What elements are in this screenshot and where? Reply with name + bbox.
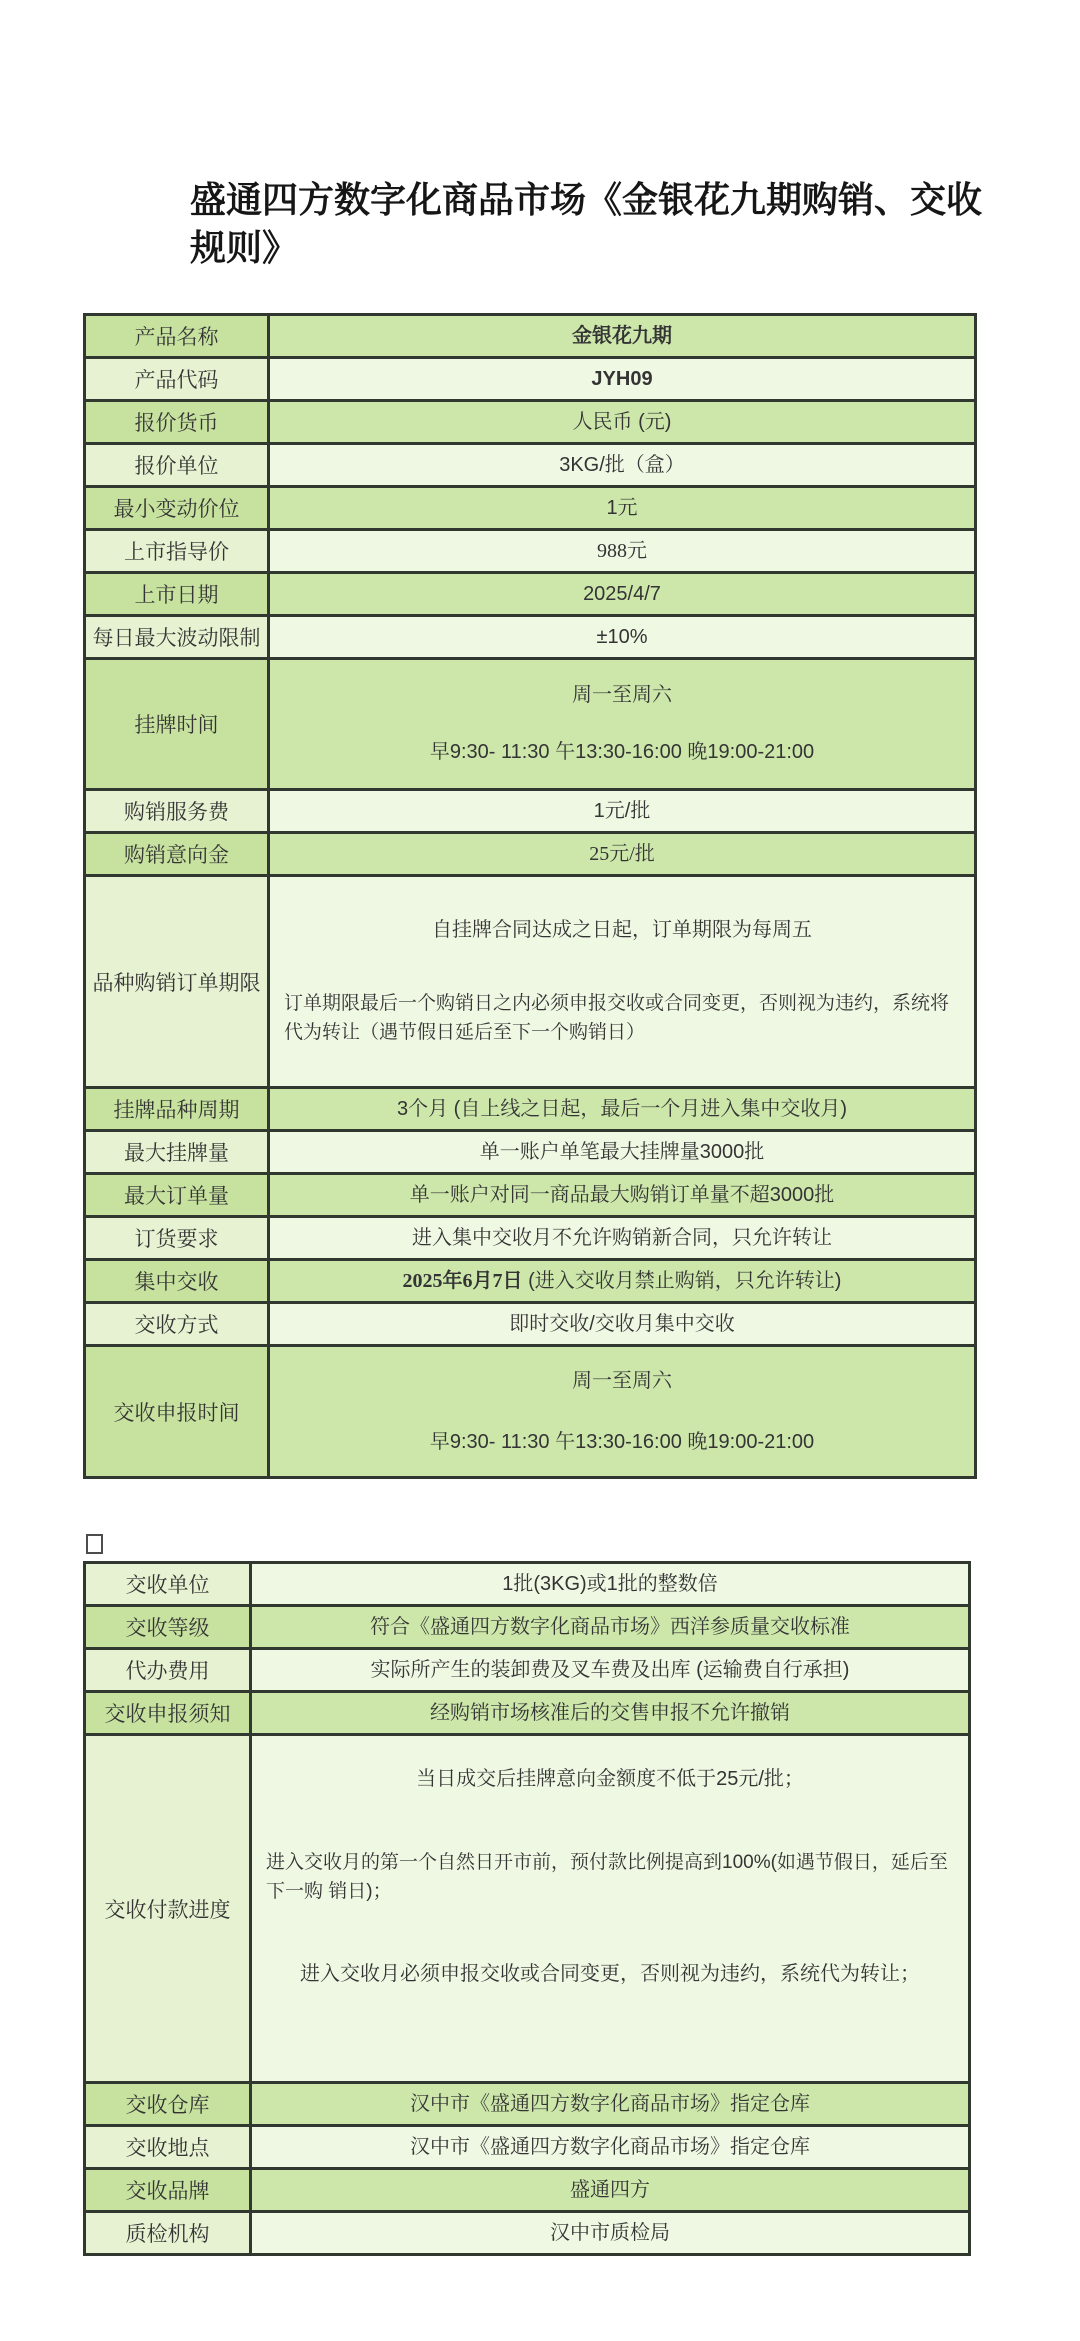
table-row: 交收方式即时交收/交收月集中交收: [86, 1301, 974, 1344]
row-label: 最大订单量: [86, 1175, 270, 1215]
row-value: 符合《盛通四方数字化商品市场》西洋参质量交收标准: [252, 1607, 968, 1647]
row-label: 交收地点: [86, 2127, 252, 2167]
row-value: 汉中市《盛通四方数字化商品市场》指定仓库: [252, 2084, 968, 2124]
value-paragraph: 1元/批: [284, 798, 960, 825]
table-row: 质检机构汉中市质检局: [86, 2210, 968, 2253]
value-paragraph: JYH09: [284, 366, 960, 393]
table-row: 交收仓库汉中市《盛通四方数字化商品市场》指定仓库: [86, 2081, 968, 2124]
table-row: 交收单位1批(3KG)或1批的整数倍: [86, 1564, 968, 1604]
row-value: 金银花九期: [270, 316, 974, 356]
value-paragraph: 单一账户对同一商品最大购销订单量不超3000批: [284, 1182, 960, 1209]
row-value: 2025年6月7日 (进入交收月禁止购销，只允许转让): [270, 1261, 974, 1301]
row-label: 每日最大波动限制: [86, 617, 270, 657]
row-value: 盛通四方: [252, 2170, 968, 2210]
row-label: 报价货币: [86, 402, 270, 442]
value-paragraph: 2025/4/7: [284, 581, 960, 608]
table-row: 交收等级符合《盛通四方数字化商品市场》西洋参质量交收标准: [86, 1604, 968, 1647]
row-label: 上市指导价: [86, 531, 270, 571]
value-paragraph: 早9:30- 11:30 午13:30-16:00 晚19:00-21:00: [284, 739, 960, 766]
row-label: 购销服务费: [86, 791, 270, 831]
document-page: 盛通四方数字化商品市场《金银花九期购销、交收规则》 产品名称金银花九期产品代码J…: [0, 0, 1080, 2341]
value-paragraph: 周一至周六: [284, 1368, 960, 1395]
row-label: 交收单位: [86, 1564, 252, 1604]
value-paragraph: 符合《盛通四方数字化商品市场》西洋参质量交收标准: [266, 1614, 954, 1641]
row-value: 进入集中交收月不允许购销新合同，只允许转让: [270, 1218, 974, 1258]
table-row: 交收品牌盛通四方: [86, 2167, 968, 2210]
product-info-table: 产品名称金银花九期产品代码JYH09报价货币人民币 (元)报价单位3KG/批（盒…: [83, 313, 977, 1479]
row-value: 25元/批: [270, 834, 974, 874]
value-paragraph: 经购销市场核准后的交售申报不允许撤销: [266, 1700, 954, 1727]
row-value: 周一至周六早9:30- 11:30 午13:30-16:00 晚19:00-21…: [270, 1347, 974, 1476]
value-paragraph: 3KG/批（盒）: [284, 452, 960, 479]
document-title: 盛通四方数字化商品市场《金银花九期购销、交收规则》: [190, 176, 1002, 272]
table-row: 交收付款进度当日成交后挂牌意向金额度不低于25元/批；进入交收月的第一个自然日开…: [86, 1733, 968, 2081]
table-row: 购销意向金25元/批: [86, 831, 974, 874]
row-label: 挂牌品种周期: [86, 1089, 270, 1129]
value-paragraph: 3个月 (自上线之日起，最后一个月进入集中交收月): [284, 1096, 960, 1123]
row-value: 当日成交后挂牌意向金额度不低于25元/批；进入交收月的第一个自然日开市前，预付款…: [252, 1736, 968, 2081]
table-row: 最大订单量单一账户对同一商品最大购销订单量不超3000批: [86, 1172, 974, 1215]
table-row: 购销服务费1元/批: [86, 788, 974, 831]
row-label: 交收等级: [86, 1607, 252, 1647]
value-paragraph: 25元/批: [284, 841, 960, 868]
row-label: 交收申报须知: [86, 1693, 252, 1733]
row-value: 1元/批: [270, 791, 974, 831]
row-label: 最小变动价位: [86, 488, 270, 528]
table-row: 最小变动价位1元: [86, 485, 974, 528]
table-row: 品种购销订单期限自挂牌合同达成之日起，订单期限为每周五订单期限最后一个购销日之内…: [86, 874, 974, 1086]
value-paragraph: 盛通四方: [266, 2177, 954, 2204]
row-label: 交收品牌: [86, 2170, 252, 2210]
row-value: 汉中市质检局: [252, 2213, 968, 2253]
row-label: 交收付款进度: [86, 1736, 252, 2081]
table-row: 上市日期2025/4/7: [86, 571, 974, 614]
row-value: ±10%: [270, 617, 974, 657]
table-row: 交收申报须知经购销市场核准后的交售申报不允许撤销: [86, 1690, 968, 1733]
value-paragraph: 实际所产生的装卸费及叉车费及出库 (运输费自行承担): [266, 1657, 954, 1684]
value-paragraph: 当日成交后挂牌意向金额度不低于25元/批；: [266, 1766, 954, 1793]
row-value: 2025/4/7: [270, 574, 974, 614]
row-label: 交收仓库: [86, 2084, 252, 2124]
value-paragraph: 周一至周六: [284, 682, 960, 709]
row-value: 1批(3KG)或1批的整数倍: [252, 1564, 968, 1604]
value-paragraph: 汉中市《盛通四方数字化商品市场》指定仓库: [266, 2091, 954, 2118]
row-value: 实际所产生的装卸费及叉车费及出库 (运输费自行承担): [252, 1650, 968, 1690]
row-label: 购销意向金: [86, 834, 270, 874]
value-paragraph: 汉中市《盛通四方数字化商品市场》指定仓库: [266, 2134, 954, 2161]
table-row: 最大挂牌量单一账户单笔最大挂牌量3000批: [86, 1129, 974, 1172]
table-row: 集中交收2025年6月7日 (进入交收月禁止购销，只允许转让): [86, 1258, 974, 1301]
row-label: 代办费用: [86, 1650, 252, 1690]
value-paragraph: 金银花九期: [284, 323, 960, 350]
table-row: 交收地点汉中市《盛通四方数字化商品市场》指定仓库: [86, 2124, 968, 2167]
row-value: JYH09: [270, 359, 974, 399]
value-paragraph: 1元: [284, 495, 960, 522]
value-paragraph: 进入交收月的第一个自然日开市前，预付款比例提高到100%(如遇节假日，延后至下一…: [266, 1848, 954, 1906]
value-paragraph: 单一账户单笔最大挂牌量3000批: [284, 1139, 960, 1166]
table-row: 每日最大波动限制±10%: [86, 614, 974, 657]
row-label: 最大挂牌量: [86, 1132, 270, 1172]
table-row: 产品代码JYH09: [86, 356, 974, 399]
value-paragraph: 即时交收/交收月集中交收: [284, 1311, 960, 1338]
table-row: 挂牌品种周期3个月 (自上线之日起，最后一个月进入集中交收月): [86, 1086, 974, 1129]
row-value: 1元: [270, 488, 974, 528]
row-value: 经购销市场核准后的交售申报不允许撤销: [252, 1693, 968, 1733]
row-value: 汉中市《盛通四方数字化商品市场》指定仓库: [252, 2127, 968, 2167]
row-label: 订货要求: [86, 1218, 270, 1258]
value-paragraph: 2025年6月7日 (进入交收月禁止购销，只允许转让): [284, 1268, 960, 1295]
value-paragraph: 进入交收月必须申报交收或合同变更，否则视为违约，系统代为转让；: [266, 1961, 954, 1988]
row-value: 周一至周六早9:30- 11:30 午13:30-16:00 晚19:00-21…: [270, 660, 974, 788]
value-paragraph: 自挂牌合同达成之日起，订单期限为每周五: [284, 917, 960, 944]
value-paragraph: 汉中市质检局: [266, 2220, 954, 2247]
row-value: 即时交收/交收月集中交收: [270, 1304, 974, 1344]
row-value: 人民币 (元): [270, 402, 974, 442]
value-paragraph: ±10%: [284, 624, 960, 651]
table-row: 代办费用实际所产生的装卸费及叉车费及出库 (运输费自行承担): [86, 1647, 968, 1690]
table-row: 上市指导价988元: [86, 528, 974, 571]
value-paragraph: 进入集中交收月不允许购销新合同，只允许转让: [284, 1225, 960, 1252]
value-paragraph: 人民币 (元): [284, 409, 960, 436]
value-paragraph: 988元: [284, 538, 960, 565]
row-value: 自挂牌合同达成之日起，订单期限为每周五订单期限最后一个购销日之内必须申报交收或合…: [270, 877, 974, 1086]
row-label: 集中交收: [86, 1261, 270, 1301]
value-paragraph: 1批(3KG)或1批的整数倍: [266, 1571, 954, 1598]
table-row: 交收申报时间周一至周六早9:30- 11:30 午13:30-16:00 晚19…: [86, 1344, 974, 1476]
empty-checkbox-icon: [86, 1534, 103, 1554]
row-value: 单一账户单笔最大挂牌量3000批: [270, 1132, 974, 1172]
row-value: 3个月 (自上线之日起，最后一个月进入集中交收月): [270, 1089, 974, 1129]
delivery-info-table: 交收单位1批(3KG)或1批的整数倍交收等级符合《盛通四方数字化商品市场》西洋参…: [83, 1561, 971, 2256]
row-label: 交收方式: [86, 1304, 270, 1344]
value-paragraph: 早9:30- 11:30 午13:30-16:00 晚19:00-21:00: [284, 1429, 960, 1456]
row-value: 988元: [270, 531, 974, 571]
row-label: 报价单位: [86, 445, 270, 485]
row-label: 挂牌时间: [86, 660, 270, 788]
row-label: 品种购销订单期限: [86, 877, 270, 1086]
row-label: 质检机构: [86, 2213, 252, 2253]
table-row: 产品名称金银花九期: [86, 316, 974, 356]
row-label: 产品代码: [86, 359, 270, 399]
value-paragraph: 订单期限最后一个购销日之内必须申报交收或合同变更，否则视为违约，系统将代为转让（…: [284, 989, 960, 1047]
row-label: 交收申报时间: [86, 1347, 270, 1476]
row-value: 单一账户对同一商品最大购销订单量不超3000批: [270, 1175, 974, 1215]
table-row: 订货要求进入集中交收月不允许购销新合同，只允许转让: [86, 1215, 974, 1258]
row-label: 上市日期: [86, 574, 270, 614]
row-value: 3KG/批（盒）: [270, 445, 974, 485]
table-row: 挂牌时间周一至周六早9:30- 11:30 午13:30-16:00 晚19:0…: [86, 657, 974, 788]
row-label: 产品名称: [86, 316, 270, 356]
table-row: 报价单位3KG/批（盒）: [86, 442, 974, 485]
table-row: 报价货币人民币 (元): [86, 399, 974, 442]
